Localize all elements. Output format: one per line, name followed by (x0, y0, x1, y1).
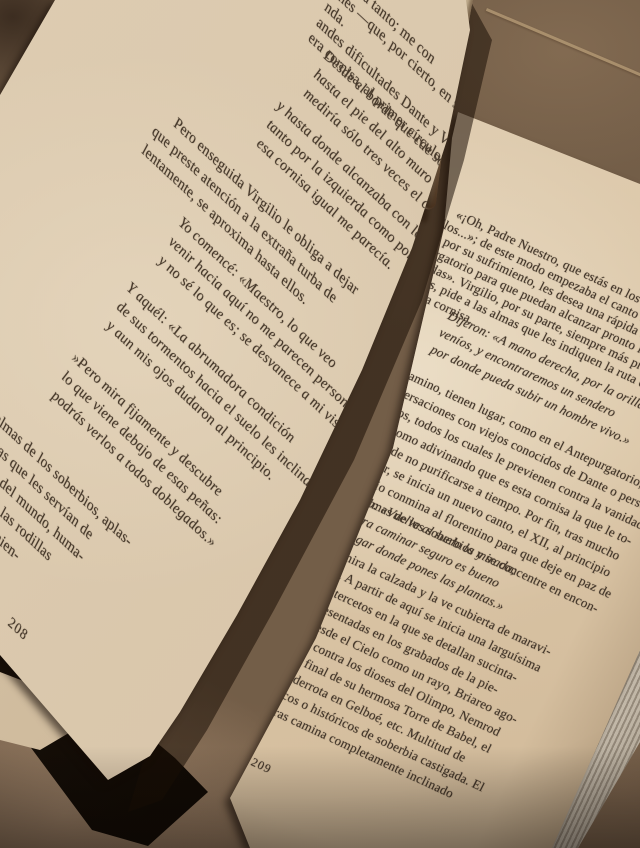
left-page: raba a tanto; me conones —que, por ciert… (0, 0, 640, 848)
photo-open-book-on-tile: «¡Oh, Padre Nuestro, que estás en los ci… (0, 0, 640, 848)
left-page-wrap: raba a tanto; me conones —que, por ciert… (0, 0, 640, 848)
page-number-208: 208 (4, 612, 32, 647)
